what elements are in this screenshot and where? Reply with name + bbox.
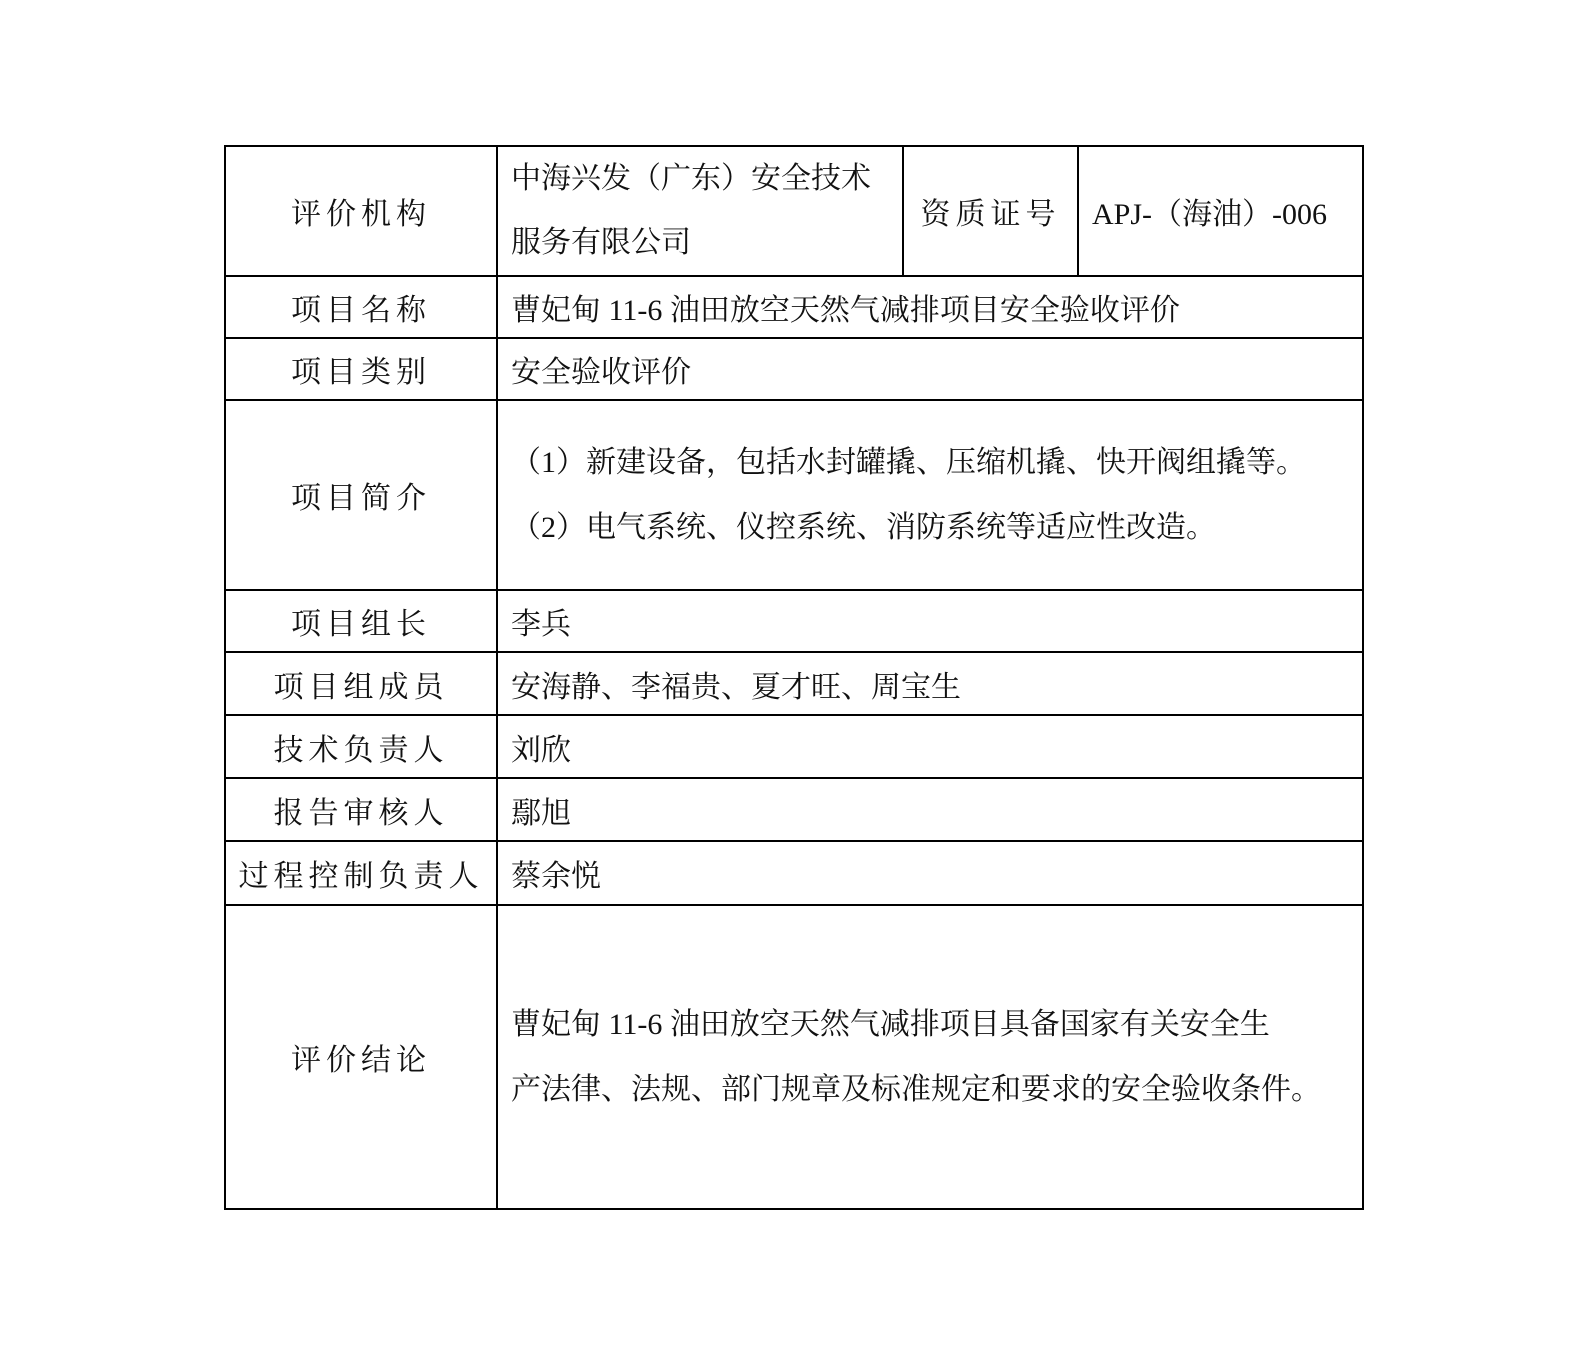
org-label: 评价机构 [225,146,497,276]
row-project-intro: 项目简介 （1）新建设备，包括水封罐撬、压缩机撬、快开阀组撬等。 （2）电气系统… [225,400,1363,590]
tech-lead-label: 技术负责人 [225,715,497,778]
conclusion-label: 评价结论 [225,905,497,1209]
project-intro-label: 项目简介 [225,400,497,590]
team-leader-label: 项目组长 [225,590,497,652]
project-type-value: 安全验收评价 [497,338,1363,400]
conclusion-line-1: 曹妃甸 11-6 油田放空天然气减排项目具备国家有关安全生 [511,992,1356,1057]
document-page: 评价机构 中海兴发（广东）安全技术 服务有限公司 资质证号 APJ-（海油）-0… [0,0,1587,1361]
cert-number-label: 资质证号 [903,146,1078,276]
report-reviewer-label: 报告审核人 [225,778,497,841]
project-intro-line-2: （2）电气系统、仪控系统、消防系统等适应性改造。 [511,495,1356,560]
org-name-line-2: 服务有限公司 [511,211,896,275]
project-type-label: 项目类别 [225,338,497,400]
row-project-name: 项目名称 曹妃甸 11-6 油田放空天然气减排项目安全验收评价 [225,276,1363,338]
team-leader-value: 李兵 [497,590,1363,652]
row-conclusion: 评价结论 曹妃甸 11-6 油田放空天然气减排项目具备国家有关安全生 产法律、法… [225,905,1363,1209]
cert-number-value: APJ-（海油）-006 [1078,146,1363,276]
conclusion-line-2: 产法律、法规、部门规章及标准规定和要求的安全验收条件。 [511,1057,1356,1122]
project-name-label: 项目名称 [225,276,497,338]
evaluation-summary-table: 评价机构 中海兴发（广东）安全技术 服务有限公司 资质证号 APJ-（海油）-0… [224,145,1364,1210]
report-reviewer-value: 鄢旭 [497,778,1363,841]
row-evaluation-org: 评价机构 中海兴发（广东）安全技术 服务有限公司 资质证号 APJ-（海油）-0… [225,146,1363,276]
org-name: 中海兴发（广东）安全技术 服务有限公司 [497,146,903,276]
row-report-reviewer: 报告审核人 鄢旭 [225,778,1363,841]
org-name-line-1: 中海兴发（广东）安全技术 [511,147,896,211]
team-members-value: 安海静、李福贵、夏才旺、周宝生 [497,652,1363,715]
row-process-controller: 过程控制负责人 蔡余悦 [225,841,1363,905]
row-project-type: 项目类别 安全验收评价 [225,338,1363,400]
row-team-members: 项目组成员 安海静、李福贵、夏才旺、周宝生 [225,652,1363,715]
team-members-label: 项目组成员 [225,652,497,715]
process-controller-label: 过程控制负责人 [225,841,497,905]
project-intro-line-1: （1）新建设备，包括水封罐撬、压缩机撬、快开阀组撬等。 [511,430,1356,495]
tech-lead-value: 刘欣 [497,715,1363,778]
row-tech-lead: 技术负责人 刘欣 [225,715,1363,778]
project-intro-value: （1）新建设备，包括水封罐撬、压缩机撬、快开阀组撬等。 （2）电气系统、仪控系统… [497,400,1363,590]
project-name-value: 曹妃甸 11-6 油田放空天然气减排项目安全验收评价 [497,276,1363,338]
row-team-leader: 项目组长 李兵 [225,590,1363,652]
conclusion-value: 曹妃甸 11-6 油田放空天然气减排项目具备国家有关安全生 产法律、法规、部门规… [497,905,1363,1209]
process-controller-value: 蔡余悦 [497,841,1363,905]
